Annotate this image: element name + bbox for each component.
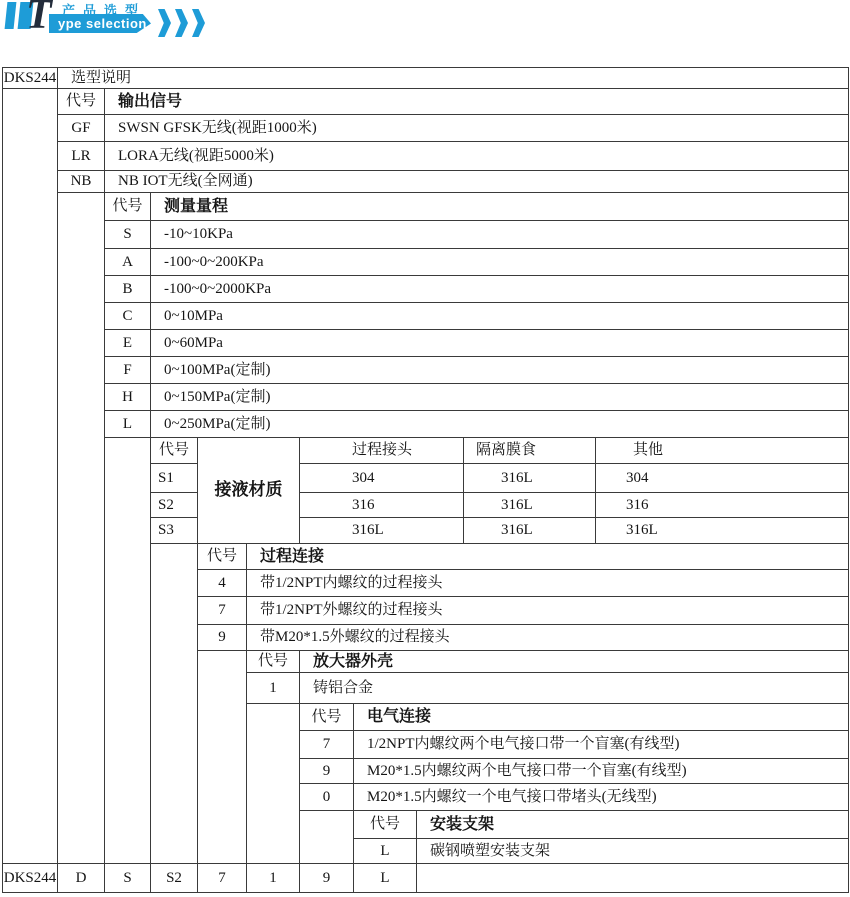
electrical-row-desc: M20*1.5内螺纹两个电气接口带一个盲塞(有线型) — [353, 758, 849, 784]
range-row-desc: 0~60MPa — [150, 329, 849, 357]
material-row-code: S3 — [150, 517, 198, 544]
output-section-header: 输出信号 — [104, 88, 849, 115]
bracket-row-desc: 碳钢喷塑安装支架 — [416, 838, 849, 864]
process-row-desc: 带M20*1.5外螺纹的过程接头 — [246, 624, 849, 651]
material-value: 316L — [299, 517, 464, 544]
process-row-desc: 带1/2NPT内螺纹的过程接头 — [246, 569, 849, 597]
selection-model-cell: DKS244 — [2, 863, 58, 893]
material-col-header: 过程接头 — [299, 437, 464, 464]
output-code-header: 代号 — [57, 88, 105, 115]
selection-value: S2 — [150, 863, 198, 893]
material-col-header: 其他 — [595, 437, 849, 464]
bracket-row-code: L — [353, 838, 417, 864]
selection-empty-cell — [416, 863, 849, 893]
selection-value: D — [57, 863, 105, 893]
chevron-right-icon — [185, 9, 205, 37]
material-value: 316L — [463, 492, 596, 518]
table-title: 选型说明 — [57, 67, 849, 89]
range-row-desc: 0~250MPa(定制) — [150, 410, 849, 438]
process-row-code: 9 — [197, 624, 247, 651]
material-value: 316L — [463, 463, 596, 493]
range-row-code: S — [104, 220, 151, 249]
electrical-column-empty — [299, 810, 354, 864]
range-row-desc: -10~10KPa — [150, 220, 849, 249]
output-row-desc: SWSN GFSK无线(视距1000米) — [104, 114, 849, 142]
housing-row-code: 1 — [246, 672, 300, 704]
selection-value: L — [353, 863, 417, 893]
housing-row-desc: 铸铝合金 — [299, 672, 849, 704]
catalog-page: T 产品选型 ype selection DKS244 选型说明 代号 输出信号… — [0, 0, 850, 897]
material-row-code: S2 — [150, 492, 198, 518]
range-row-desc: 0~150MPa(定制) — [150, 383, 849, 411]
range-row-code: B — [104, 275, 151, 303]
material-value: 316 — [299, 492, 464, 518]
electrical-row-code: 0 — [299, 783, 354, 811]
output-column-empty — [57, 192, 105, 864]
range-row-code: L — [104, 410, 151, 438]
range-row-desc: -100~0~200KPa — [150, 248, 849, 276]
material-column-empty — [150, 543, 198, 864]
process-section-header: 过程连接 — [246, 543, 849, 570]
process-row-code: 4 — [197, 569, 247, 597]
range-row-code: H — [104, 383, 151, 411]
banner-title-en: ype selection — [58, 16, 147, 31]
chevron-right-icon — [168, 9, 188, 37]
housing-code-header: 代号 — [246, 650, 300, 673]
material-value: 316 — [595, 492, 849, 518]
electrical-section-header: 电气连接 — [353, 703, 849, 731]
range-row-code: C — [104, 302, 151, 330]
housing-column-empty — [246, 703, 300, 864]
banner-letter-t: T — [26, 0, 52, 39]
output-row-code: GF — [57, 114, 105, 142]
range-column-empty — [104, 437, 151, 864]
model-column-empty — [2, 88, 58, 864]
range-row-code: F — [104, 356, 151, 384]
material-value: 316L — [595, 517, 849, 544]
chevron-right-icon — [151, 9, 171, 37]
range-row-desc: 0~100MPa(定制) — [150, 356, 849, 384]
material-code-header: 代号 — [150, 437, 198, 464]
bracket-code-header: 代号 — [353, 810, 417, 839]
process-row-desc: 带1/2NPT外螺纹的过程接头 — [246, 596, 849, 625]
material-row-code: S1 — [150, 463, 198, 493]
electrical-row-desc: M20*1.5内螺纹一个电气接口带堵头(无线型) — [353, 783, 849, 811]
range-row-code: A — [104, 248, 151, 276]
electrical-row-code: 9 — [299, 758, 354, 784]
selection-value: 1 — [246, 863, 300, 893]
process-column-empty — [197, 650, 247, 864]
electrical-row-code: 7 — [299, 730, 354, 759]
housing-section-header: 放大器外壳 — [299, 650, 849, 673]
bracket-section-header: 安装支架 — [416, 810, 849, 839]
material-col-header: 隔离膜食 — [463, 437, 596, 464]
range-code-header: 代号 — [104, 192, 151, 221]
banner-bar-icon — [5, 2, 17, 29]
selection-value: 9 — [299, 863, 354, 893]
range-row-code: E — [104, 329, 151, 357]
material-value: 304 — [595, 463, 849, 493]
output-row-desc: LORA无线(视距5000米) — [104, 141, 849, 171]
model-cell: DKS244 — [2, 67, 58, 89]
material-value: 304 — [299, 463, 464, 493]
output-row-code: LR — [57, 141, 105, 171]
selection-value: S — [104, 863, 151, 893]
range-section-header: 测量量程 — [150, 192, 849, 221]
process-row-code: 7 — [197, 596, 247, 625]
process-code-header: 代号 — [197, 543, 247, 570]
material-value: 316L — [463, 517, 596, 544]
electrical-code-header: 代号 — [299, 703, 354, 731]
range-row-desc: 0~10MPa — [150, 302, 849, 330]
output-row-desc: NB IOT无线(全网通) — [104, 170, 849, 193]
material-section-header: 接液材质 — [197, 437, 300, 544]
page-banner: T 产品选型 ype selection — [0, 0, 240, 46]
selection-value: 7 — [197, 863, 247, 893]
electrical-row-desc: 1/2NPT内螺纹两个电气接口带一个盲塞(有线型) — [353, 730, 849, 759]
output-row-code: NB — [57, 170, 105, 193]
range-row-desc: -100~0~2000KPa — [150, 275, 849, 303]
